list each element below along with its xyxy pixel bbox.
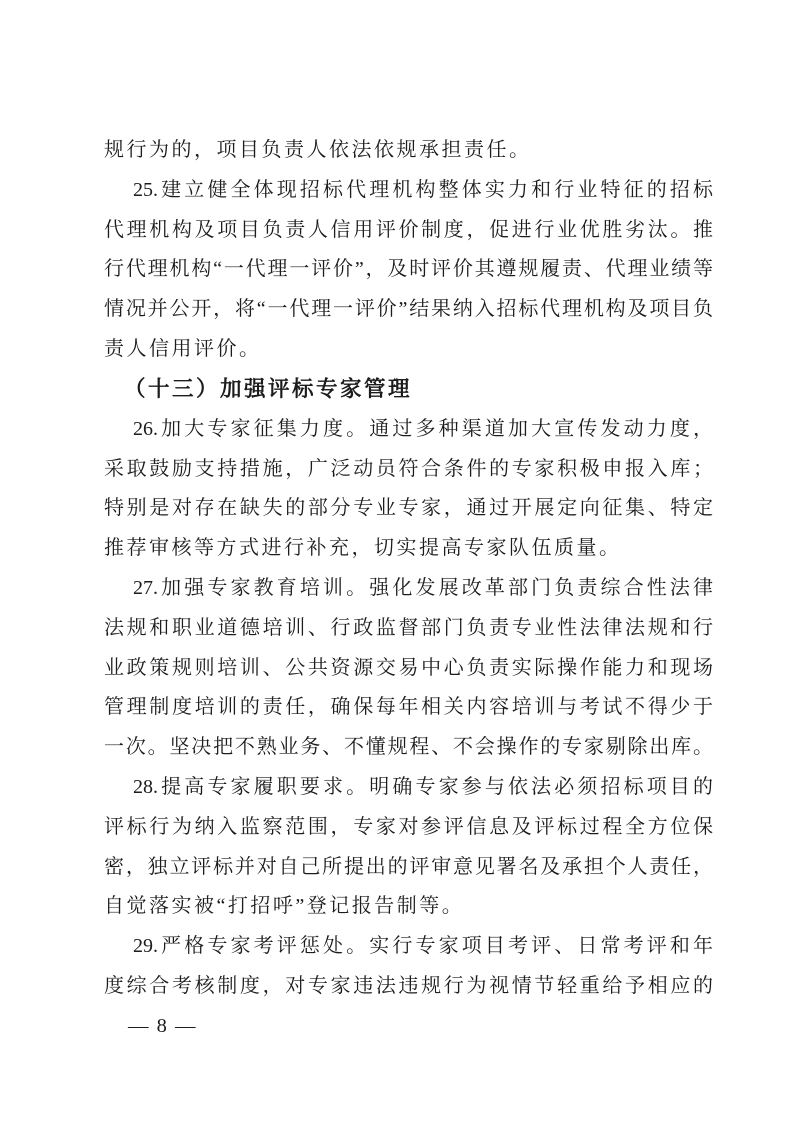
- text-line: 责人信用评价。: [104, 330, 713, 370]
- document-body: 规行为的，项目负责人依法依规承担责任。 25.建立健全体现招标代理机构整体实力和…: [104, 131, 713, 1047]
- text-line: 采取鼓励支持措施，广泛动员符合条件的专家积极申报入库；: [104, 450, 713, 490]
- text-line: 自觉落实被“打招呼”登记报告制等。: [104, 887, 713, 927]
- text-line: 密，独立评标并对自己所提出的评审意见署名及承担个人责任，: [104, 848, 713, 888]
- text-line: 代理机构及项目负责人信用评价制度，促进行业优胜劣汰。推: [104, 211, 713, 251]
- text-line: 评标行为纳入监察范围，专家对参评信息及评标过程全方位保: [104, 808, 713, 848]
- text-line: 行代理机构“一代理一评价”，及时评价其遵规履责、代理业绩等: [104, 250, 713, 290]
- section-heading: （十三）加强评标专家管理: [104, 370, 713, 410]
- text-line: 28.提高专家履职要求。明确专家参与依法必须招标项目的: [104, 768, 713, 808]
- page-number: — 8 —: [104, 1007, 713, 1047]
- text-line: 业政策规则培训、公共资源交易中心负责实际操作能力和现场: [104, 649, 713, 689]
- text-line: 27.加强专家教育培训。强化发展改革部门负责综合性法律: [104, 569, 713, 609]
- text-line: 管理制度培训的责任，确保每年相关内容培训与考试不得少于: [104, 688, 713, 728]
- text-line: 26.加大专家征集力度。通过多种渠道加大宣传发动力度，: [104, 410, 713, 450]
- text-line: 推荐审核等方式进行补充，切实提高专家队伍质量。: [104, 529, 713, 569]
- text-line: 25.建立健全体现招标代理机构整体实力和行业特征的招标: [104, 171, 713, 211]
- text-line: 度综合考核制度，对专家违法违规行为视情节轻重给予相应的: [104, 967, 713, 1007]
- text-line: 情况并公开，将“一代理一评价”结果纳入招标代理机构及项目负: [104, 290, 713, 330]
- text-line: 特别是对存在缺失的部分专业专家，通过开展定向征集、特定: [104, 489, 713, 529]
- text-line: 规行为的，项目负责人依法依规承担责任。: [104, 131, 713, 171]
- text-line: 29.严格专家考评惩处。实行专家项目考评、日常考评和年: [104, 927, 713, 967]
- text-line: 一次。坚决把不熟业务、不懂规程、不会操作的专家剔除出库。: [104, 728, 713, 768]
- document-page: 规行为的，项目负责人依法依规承担责任。 25.建立健全体现招标代理机构整体实力和…: [0, 0, 793, 1122]
- text-line: 法规和职业道德培训、行政监督部门负责专业性法律法规和行: [104, 609, 713, 649]
